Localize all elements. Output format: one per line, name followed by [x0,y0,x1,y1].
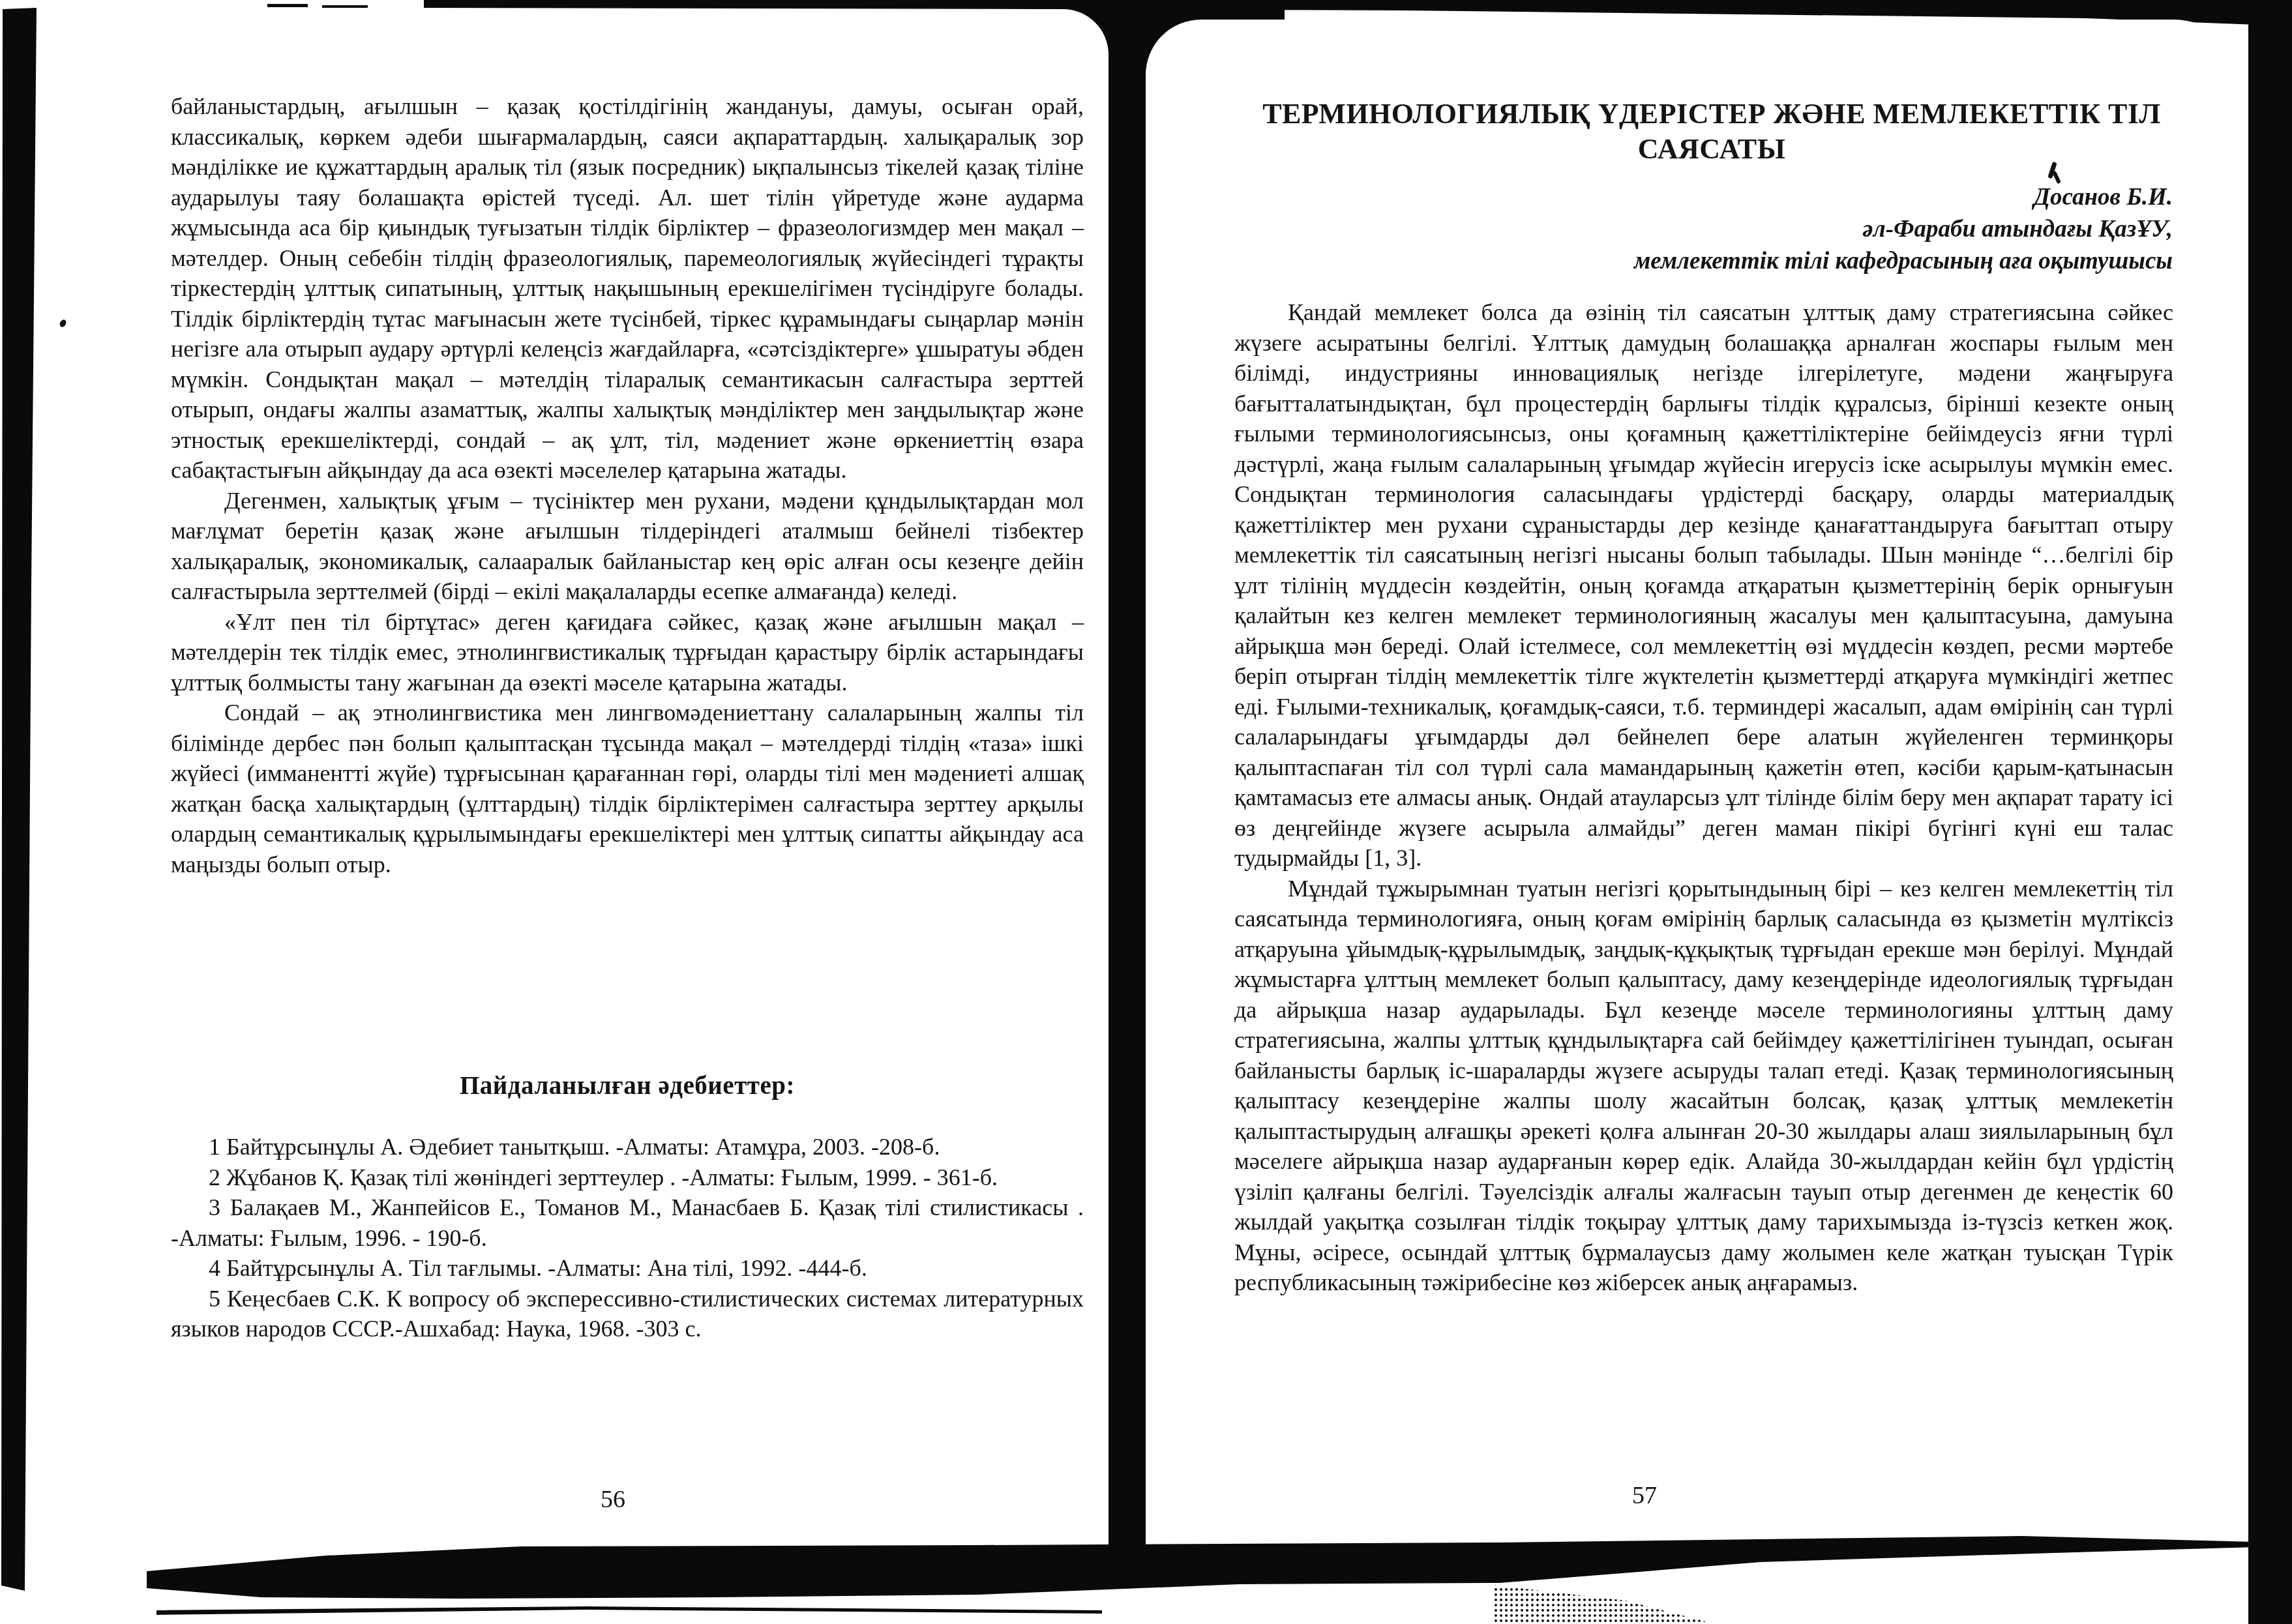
reference-item: 2 Жұбанов Қ. Қазақ тілі жөніндегі зертте… [171,1162,1084,1193]
scanned-book-spread: байланыстардың, ағылшын – қазақ қостілді… [0,0,2292,1624]
byline: Досанов Б.И. әл-Фараби атындағы ҚазҰУ, м… [1500,181,2173,277]
paragraph: Сондай – ақ этнолингвистика мен лингвомә… [171,698,1084,879]
right-page-body: Қандай мемлекет болса да өзінің тіл саяс… [1234,297,2173,1298]
article-title: ТЕРМИНОЛОГИЯЛЫҚ ҮДЕРІСТЕР ЖӘНЕ МЕМЛЕКЕТТ… [1236,96,2188,167]
paragraph: Дегенмен, халықтық ұғым – түсініктер мен… [171,486,1084,607]
scan-artifact-left-edge [0,0,39,1594]
article-title-line1: ТЕРМИНОЛОГИЯЛЫҚ ҮДЕРІСТЕР ЖӘНЕ МЕМЛЕКЕТТ… [1236,96,2188,132]
reference-item: 5 Кеңесбаев С.К. К вопросу об экспересси… [171,1284,1084,1344]
paragraph: Мұндай тұжырымнан туатын негізгі қорытын… [1234,874,2173,1298]
reference-item: 3 Балақаев М., Жанпейісов Е., Томанов М.… [171,1192,1084,1253]
scan-artifact-right-edge [2248,0,2292,1624]
references-heading: Пайдаланылған әдебиеттер: [171,1071,1084,1100]
author-affiliation: әл-Фараби атындағы ҚазҰУ, [1500,213,2173,245]
author-name: Досанов Б.И. [1500,181,2173,213]
page-number-left: 56 [574,1485,652,1514]
scan-artifact-top-dash [322,5,368,8]
scan-artifact-top-dash [267,4,308,7]
paragraph: Қандай мемлекет болса да өзінің тіл саяс… [1234,297,2173,874]
reference-item: 4 Байтұрсынұлы А. Тіл тағлымы. -Алматы: … [171,1253,1084,1284]
article-title-line2: САЯСАТЫ [1236,132,2188,167]
references-list: 1 Байтұрсынұлы А. Әдебиет танытқыш. -Алм… [171,1132,1084,1344]
paragraph: байланыстардың, ағылшын – қазақ қостілді… [171,91,1084,486]
author-position: мемлекеттік тілі кафедрасының аға оқытуш… [1500,245,2173,277]
left-page-body: байланыстардың, ағылшын – қазақ қостілді… [171,91,1084,879]
paragraph: «Ұлт пен тіл біртұтас» деген қағидаға сә… [171,607,1084,698]
page-number-right: 57 [1605,1481,1684,1510]
reference-item: 1 Байтұрсынұлы А. Әдебиет танытқыш. -Алм… [171,1132,1084,1162]
